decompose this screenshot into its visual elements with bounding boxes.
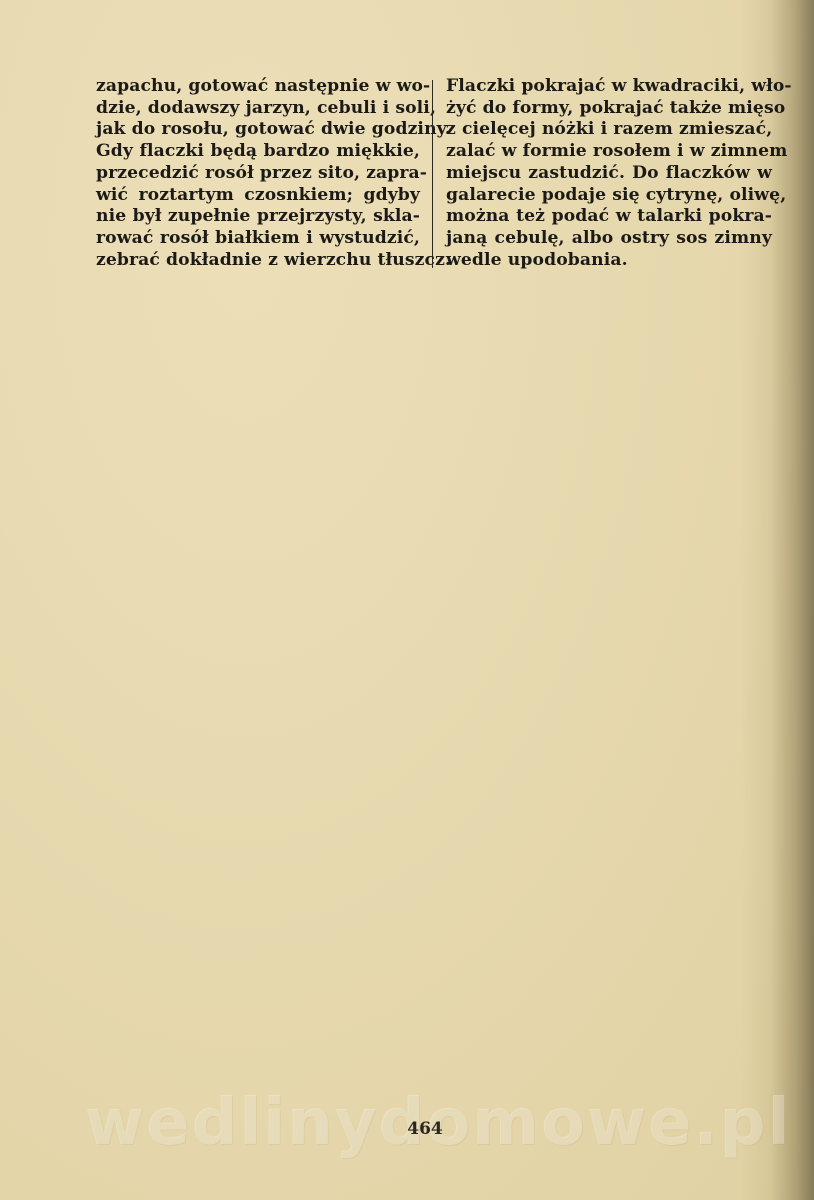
text-line: miejscu zastudzić. Do flaczków w <box>446 163 772 185</box>
text-line: dzie, dodawszy jarzyn, cebuli i soli, <box>96 98 420 120</box>
text-line: Flaczki pokrajać w kwadraciki, wło- <box>446 76 772 98</box>
text-line: galarecie podaje się cytrynę, oliwę, <box>446 185 772 207</box>
text-line: janą cebulę, albo ostry sos zimny <box>446 228 772 250</box>
text-line: rować rosół białkiem i wystudzić, <box>96 228 420 250</box>
text-line: wedle upodobania. <box>446 250 772 272</box>
book-page: zapachu, gotować następnie w wo- dzie, d… <box>0 0 814 1200</box>
left-column-text: zapachu, gotować następnie w wo- dzie, d… <box>96 76 420 271</box>
text-line: wić roztartym czosnkiem; gdyby <box>96 185 420 207</box>
text-line: z cielęcej nóżki i razem zmieszać, <box>446 119 772 141</box>
page-number: 464 <box>400 1119 450 1139</box>
text-line: przecedzić rosół przez sito, zapra- <box>96 163 420 185</box>
text-line: można też podać w talarki pokra- <box>446 206 772 228</box>
text-line: żyć do formy, pokrajać także mięso <box>446 98 772 120</box>
text-line: zebrać dokładnie z wierzchu tłuszcz. <box>96 250 420 272</box>
text-line: nie był zupełnie przejrzysty, skla- <box>96 206 420 228</box>
text-line: jak do rosołu, gotować dwie godziny. <box>96 119 420 141</box>
right-column-text: Flaczki pokrajać w kwadraciki, wło- żyć … <box>446 76 772 271</box>
text-line: zalać w formie rosołem i w zimnem <box>446 141 772 163</box>
text-line: Gdy flaczki będą bardzo miękkie, <box>96 141 420 163</box>
column-divider <box>432 80 433 268</box>
text-line: zapachu, gotować następnie w wo- <box>96 76 420 98</box>
